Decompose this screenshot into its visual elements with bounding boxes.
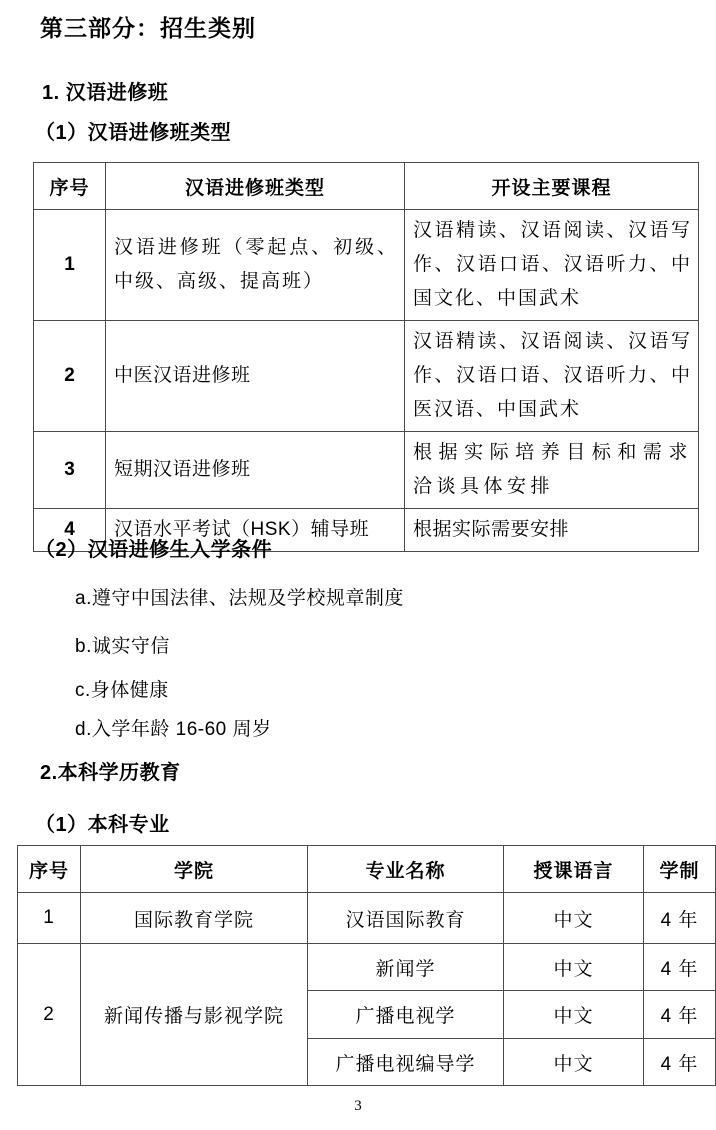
cell-major: 广播电视学 <box>308 991 504 1039</box>
section-1-heading: 1. 汉语进修班 <box>42 76 168 105</box>
cell-courses: 根据实际培养目标和需求洽谈具体安排 <box>405 432 699 509</box>
undergraduate-majors-table: 序号 学院 专业名称 授课语言 学制 1 国际教育学院 汉语国际教育 中文 4 … <box>17 845 716 1086</box>
cell-major: 汉语国际教育 <box>308 893 504 944</box>
cell-major: 广播电视编导学 <box>308 1039 504 1086</box>
header-cell-duration: 学制 <box>644 846 716 893</box>
cell-duration: 4 年 <box>644 991 716 1039</box>
subsection-2-1-heading: （1）本科专业 <box>35 808 170 837</box>
header-cell-serial: 序号 <box>18 846 81 893</box>
cell-serial: 2 <box>18 944 81 1086</box>
cell-language: 中文 <box>504 991 644 1039</box>
header-cell-serial: 序号 <box>34 163 106 210</box>
cell-serial: 3 <box>34 432 106 509</box>
cell-serial: 1 <box>34 210 106 321</box>
cell-college: 新闻传播与影视学院 <box>81 944 308 1086</box>
cell-duration: 4 年 <box>644 944 716 991</box>
page-number: 3 <box>0 1098 716 1115</box>
header-cell-language: 授课语言 <box>504 846 644 893</box>
cell-courses: 汉语精读、汉语阅读、汉语写作、汉语口语、汉语听力、中国文化、中国武术 <box>405 210 699 321</box>
language-class-types-table: 序号 汉语进修班类型 开设主要课程 1 汉语进修班（零起点、初级、中级、高级、提… <box>33 162 699 552</box>
subsection-1-1-heading: （1）汉语进修班类型 <box>35 116 231 145</box>
cell-language: 中文 <box>504 944 644 991</box>
condition-item-a: a.遵守中国法律、法规及学校规章制度 <box>75 583 404 610</box>
cell-class-type: 中医汉语进修班 <box>106 321 405 432</box>
page-title: 第三部分：招生类别 <box>40 10 256 43</box>
cell-language: 中文 <box>504 893 644 944</box>
document-page: 第三部分：招生类别 1. 汉语进修班 （1）汉语进修班类型 序号 汉语进修班类型… <box>0 0 716 1130</box>
header-cell-college: 学院 <box>81 846 308 893</box>
condition-item-c: c.身体健康 <box>75 675 169 702</box>
cell-duration: 4 年 <box>644 893 716 944</box>
cell-courses: 汉语精读、汉语阅读、汉语写作、汉语口语、汉语听力、中医汉语、中国武术 <box>405 321 699 432</box>
table-row: 2 新闻传播与影视学院 新闻学 中文 4 年 <box>18 944 716 991</box>
table-header-row: 序号 汉语进修班类型 开设主要课程 <box>34 163 699 210</box>
cell-duration: 4 年 <box>644 1039 716 1086</box>
header-cell-major: 专业名称 <box>308 846 504 893</box>
subsection-1-2-heading: （2）汉语进修生入学条件 <box>35 533 272 562</box>
header-cell-class-type: 汉语进修班类型 <box>106 163 405 210</box>
cell-class-type: 汉语进修班（零起点、初级、中级、高级、提高班） <box>106 210 405 321</box>
cell-courses: 根据实际需要安排 <box>405 509 699 552</box>
table-row: 1 汉语进修班（零起点、初级、中级、高级、提高班） 汉语精读、汉语阅读、汉语写作… <box>34 210 699 321</box>
cell-serial: 2 <box>34 321 106 432</box>
cell-major: 新闻学 <box>308 944 504 991</box>
condition-item-b: b.诚实守信 <box>75 631 170 658</box>
condition-item-d: d.入学年龄 16-60 周岁 <box>75 714 272 741</box>
cell-class-type: 短期汉语进修班 <box>106 432 405 509</box>
section-2-heading: 2.本科学历教育 <box>40 756 181 785</box>
table-row: 1 国际教育学院 汉语国际教育 中文 4 年 <box>18 893 716 944</box>
cell-college: 国际教育学院 <box>81 893 308 944</box>
table-header-row: 序号 学院 专业名称 授课语言 学制 <box>18 846 716 893</box>
table-row: 2 中医汉语进修班 汉语精读、汉语阅读、汉语写作、汉语口语、汉语听力、中医汉语、… <box>34 321 699 432</box>
cell-language: 中文 <box>504 1039 644 1086</box>
cell-serial: 1 <box>18 893 81 944</box>
table-row: 3 短期汉语进修班 根据实际培养目标和需求洽谈具体安排 <box>34 432 699 509</box>
header-cell-courses: 开设主要课程 <box>405 163 699 210</box>
